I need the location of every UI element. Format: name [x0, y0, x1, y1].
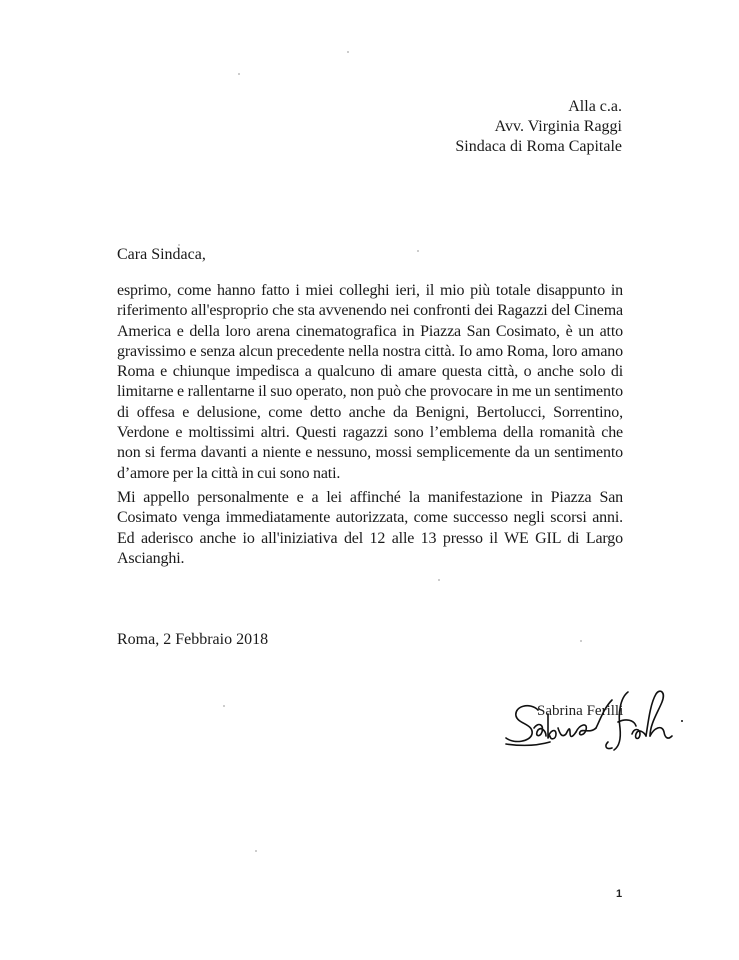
- recipient-line-name: Avv. Virginia Raggi: [455, 117, 622, 137]
- place-and-date: Roma, 2 Febbraio 2018: [117, 630, 268, 650]
- scan-speck: [255, 850, 257, 852]
- recipient-line-attention: Alla c.a.: [455, 97, 622, 117]
- scan-speck: [178, 244, 180, 246]
- scan-speck: [580, 640, 582, 642]
- handwritten-signature-icon: [500, 688, 690, 758]
- scan-speck: [238, 73, 240, 75]
- body-paragraph-2: Mi appello personalmente e a lei affinch…: [117, 488, 623, 569]
- scan-speck: [438, 579, 440, 581]
- page-number: 1: [616, 888, 622, 900]
- scan-speck: [347, 51, 349, 53]
- scan-speck: [223, 705, 225, 707]
- letter-page: Alla c.a. Avv. Virginia Raggi Sindaca di…: [0, 0, 739, 960]
- recipient-line-title: Sindaca di Roma Capitale: [455, 137, 622, 157]
- recipient-block: Alla c.a. Avv. Virginia Raggi Sindaca di…: [455, 97, 622, 157]
- salutation: Cara Sindaca,: [117, 245, 206, 265]
- body-paragraph-1: esprimo, come hanno fatto i miei collegh…: [117, 281, 623, 484]
- signature-block: Sabrina Ferilli: [500, 688, 690, 758]
- scan-speck: [417, 250, 419, 252]
